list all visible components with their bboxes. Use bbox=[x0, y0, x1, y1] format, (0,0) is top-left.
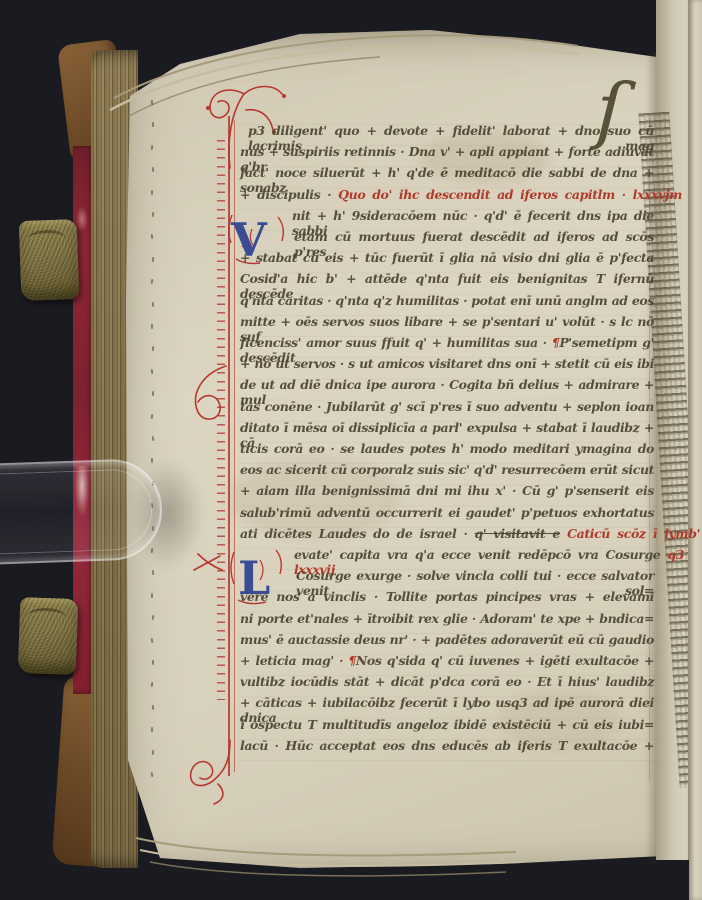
text-line-8: Cosid'a hic b' + attēde q'nta fuit eis b… bbox=[240, 271, 654, 290]
body-text: + aiam illa benignissimā dni mi ihu x' ·… bbox=[240, 483, 654, 498]
text-line-18: + aiam illa benignissimā dni mi ihu x' ·… bbox=[240, 483, 654, 502]
text-line-29: ī ospectu T multitudīs angeloz ibidē exi… bbox=[240, 717, 654, 736]
facing-page-outer-edge bbox=[688, 0, 702, 900]
body-text: ni porte et'nales + ītroibit rex glie · … bbox=[240, 611, 654, 626]
prick-mark bbox=[152, 122, 154, 127]
body-text: + nō ut servos · s ut amicos visitaret d… bbox=[240, 356, 654, 371]
velvet-clasp-top bbox=[19, 219, 80, 301]
text-line-24: ni porte et'nales + ītroibit rex glie · … bbox=[240, 611, 654, 630]
prick-mark bbox=[152, 257, 154, 262]
text-line-5: nit + h' 9sideracōem nūc · q'd' ē feceri… bbox=[292, 208, 654, 227]
prick-mark bbox=[151, 190, 153, 195]
prick-mark bbox=[151, 234, 154, 239]
text-line-22: Cosurge exurge · solve vincla colli tui … bbox=[296, 568, 654, 587]
body-text: vultibz iocūdis stāt + dicāt p'dca corā … bbox=[240, 674, 654, 689]
body-text: salub'rimū adventū occurrerit ei gaudet'… bbox=[240, 505, 654, 520]
text-line-14: tas conēne · Jubilarūt g' scī p'res ī su… bbox=[240, 399, 654, 418]
plastic-snake-weight bbox=[0, 458, 164, 566]
text-line-10: mitte + oēs servos suos libare + se p'se… bbox=[240, 314, 654, 333]
prick-mark bbox=[152, 570, 155, 575]
body-text: mus' ē auctassie deus nr' · + padētes ad… bbox=[240, 632, 654, 647]
facing-page-bottom-shadow bbox=[656, 860, 689, 900]
body-text: + stabat cū eis + tūc fuerūt ī glia nā v… bbox=[240, 250, 654, 265]
velvet-clasp-bottom bbox=[18, 597, 79, 675]
prick-mark bbox=[152, 660, 154, 665]
text-line-9: q'nta caritas · q'nta q'z humilitas · po… bbox=[240, 293, 654, 312]
body-text: ticis corā eo · se laudes potes h' modo … bbox=[240, 441, 654, 456]
rubric-text: Caticū scōz ī lymb' bbox=[567, 526, 700, 541]
prick-mark bbox=[151, 324, 153, 329]
text-line-30: lacū · Hūc acceptat eos dns educēs ab if… bbox=[240, 738, 654, 757]
manuscript-photo: V L ſ p3 diligent' quo + devote + fideli… bbox=[0, 0, 702, 900]
prick-mark bbox=[151, 593, 153, 598]
text-line-25: mus' ē auctassie deus nr' · + padētes ad… bbox=[240, 632, 654, 651]
text-line-16: ticis corā eo · se laudes potes h' modo … bbox=[240, 441, 654, 460]
body-text: tas conēne · Jubilarūt g' scī p'res ī su… bbox=[240, 399, 654, 414]
body-text: q'nta caritas · q'nta q'z humilitas · po… bbox=[240, 293, 654, 308]
text-line-23: vere nos a vinclis · Tollite portas pinc… bbox=[240, 589, 654, 608]
text-line-7: + stabat cū eis + tūc fuerūt ī glia nā v… bbox=[240, 250, 654, 269]
body-text: + discipulis · bbox=[240, 187, 338, 202]
body-text: eos ac sicerit cū corporalz suis sic' q'… bbox=[240, 462, 654, 477]
text-line-19: salub'rimū adventū occurrerit ei gaudet'… bbox=[240, 505, 654, 524]
body-text: evate' capita vra q'a ecce venit redēpcō… bbox=[294, 547, 667, 562]
rubric-text: Quo do' ihc descendit ad iferos capitlm … bbox=[338, 187, 682, 202]
filigree-sprig bbox=[190, 550, 226, 578]
body-text: ī ospectu T multitudīs angeloz ibidē exi… bbox=[240, 717, 654, 732]
text-line-12: + nō ut servos · s ut amicos visitaret d… bbox=[240, 356, 654, 375]
text-line-21: evate' capita vra q'a ecce venit redēpcō… bbox=[294, 547, 684, 566]
text-line-26: + leticia mag' · ¶Nos q'sida q' cū iuven… bbox=[240, 653, 654, 672]
text-line-20: ati dicētes Laudes do de israel · q' vis… bbox=[240, 526, 700, 545]
body-text: Nos q'sida q' cū iuvenes + igēti exultac… bbox=[356, 653, 654, 668]
filigree-mid-curl bbox=[182, 360, 232, 440]
rubric-text: ¶ bbox=[348, 653, 356, 668]
prick-mark bbox=[151, 727, 153, 732]
body-text: lacū · Hūc acceptat eos dns educēs ab if… bbox=[240, 738, 654, 753]
body-text: ficenciss' amor suus ffuit q' + humilita… bbox=[240, 335, 552, 350]
body-text: ati dicētes Laudes do de israel · bbox=[240, 526, 475, 541]
text-line-4: + discipulis · Quo do' ihc descendit ad … bbox=[240, 187, 682, 206]
text-line-11: ficenciss' amor suus ffuit q' + humilita… bbox=[240, 335, 654, 354]
text-line-3: fact' noce siluerūt + h' q'de ē meditacō… bbox=[240, 165, 654, 184]
text-line-17: eos ac sicerit cū corporalz suis sic' q'… bbox=[240, 462, 654, 481]
text-line-28: + cāticas + iubilacōibz fecerūt ī lybo u… bbox=[240, 695, 654, 714]
text-line-27: vultibz iocūdis stāt + dicāt p'dca corā … bbox=[240, 674, 654, 693]
text-line-13: de ut ad diē dnica ipe aurora · Cogita b… bbox=[240, 377, 654, 396]
prick-mark bbox=[152, 391, 154, 396]
text-line-1: p3 diligent' quo + devote + fidelit' lab… bbox=[248, 123, 654, 142]
text-line-6: etam cū mortuus fuerat descēdit ad ifero… bbox=[294, 229, 654, 248]
body-text: vere nos a vinclis · Tollite portas pinc… bbox=[240, 589, 654, 604]
body-text: q' visitavit e bbox=[475, 526, 560, 541]
text-line-2: nus + suspiriis retinnis · Dna v' + apli… bbox=[240, 144, 654, 163]
text-line-15: ditato ī mēsa oī dissiplicīa a parl' exp… bbox=[240, 420, 654, 439]
body-text: + leticia mag' · bbox=[240, 653, 348, 668]
